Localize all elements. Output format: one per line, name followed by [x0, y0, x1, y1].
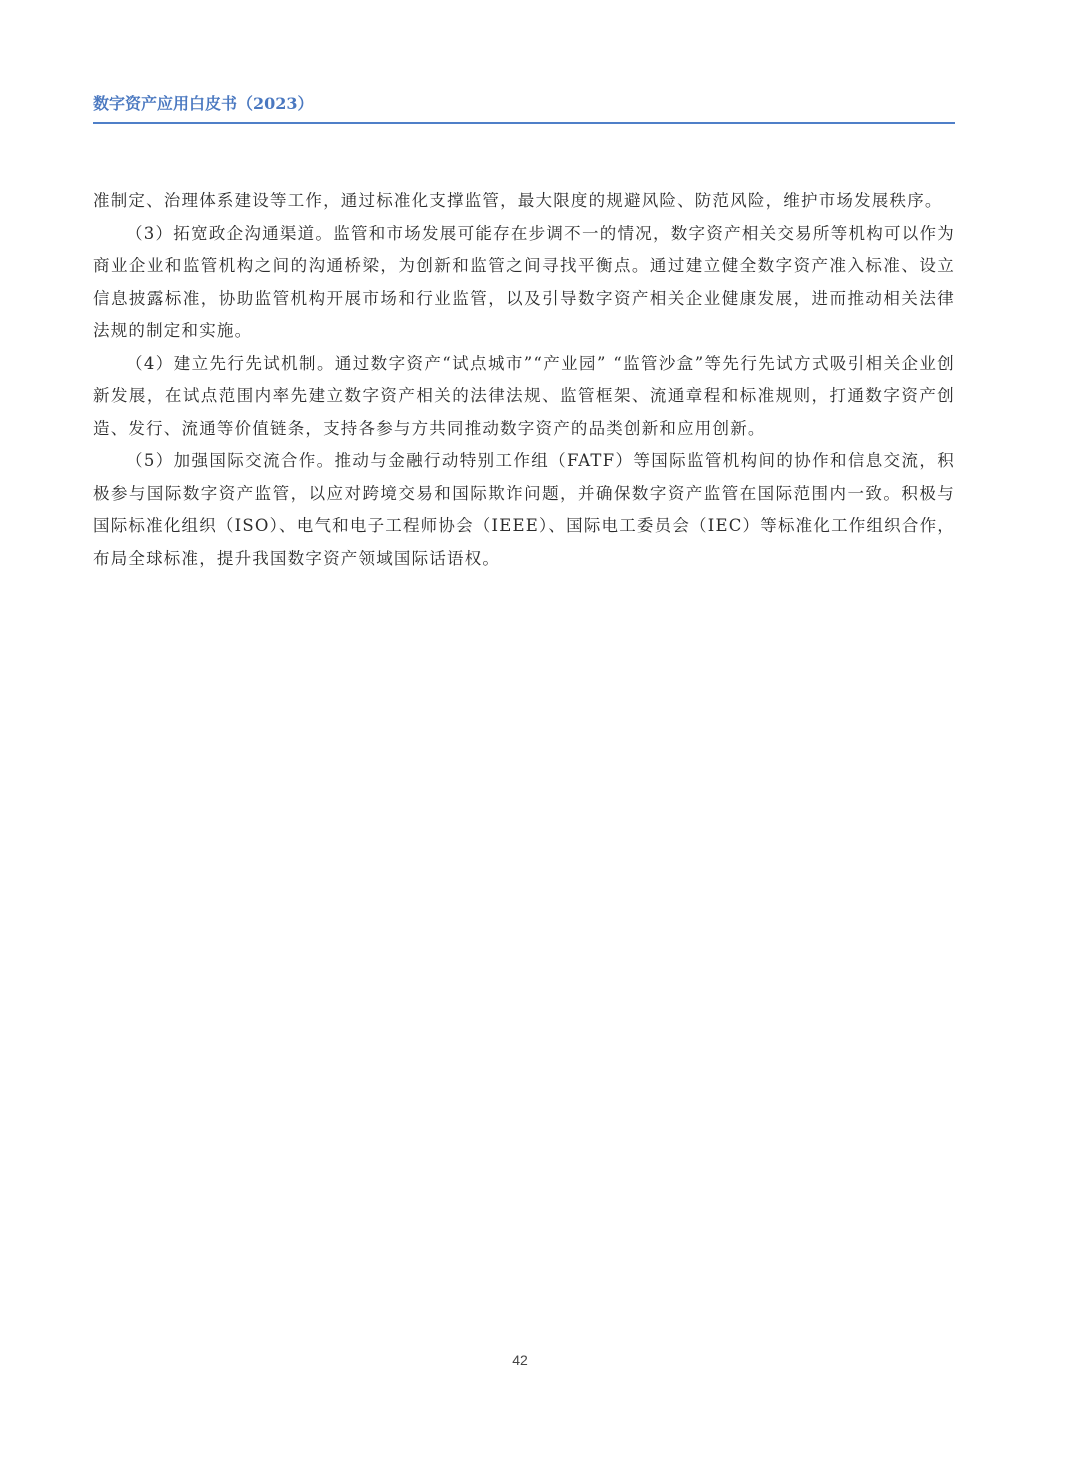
- paragraph-item-5: （5）加强国际交流合作。推动与金融行动特别工作组（FATF）等国际监管机构间的协…: [93, 445, 955, 575]
- document-title: 数字资产应用白皮书（2023）: [93, 92, 955, 116]
- header-divider: [93, 122, 955, 124]
- page-number: 42: [0, 1352, 1040, 1368]
- paragraph-item-4: （4）建立先行先试机制。通过数字资产“试点城市”“产业园” “监管沙盒”等先行先…: [93, 348, 955, 446]
- paragraph-item-3: （3）拓宽政企沟通渠道。监管和市场发展可能存在步调不一的情况，数字资产相关交易所…: [93, 218, 955, 348]
- running-header: 数字资产应用白皮书（2023）: [93, 92, 955, 116]
- paragraph-continuation: 准制定、治理体系建设等工作，通过标准化支撑监管，最大限度的规避风险、防范风险，维…: [93, 185, 955, 218]
- body-text: 准制定、治理体系建设等工作，通过标准化支撑监管，最大限度的规避风险、防范风险，维…: [93, 185, 955, 575]
